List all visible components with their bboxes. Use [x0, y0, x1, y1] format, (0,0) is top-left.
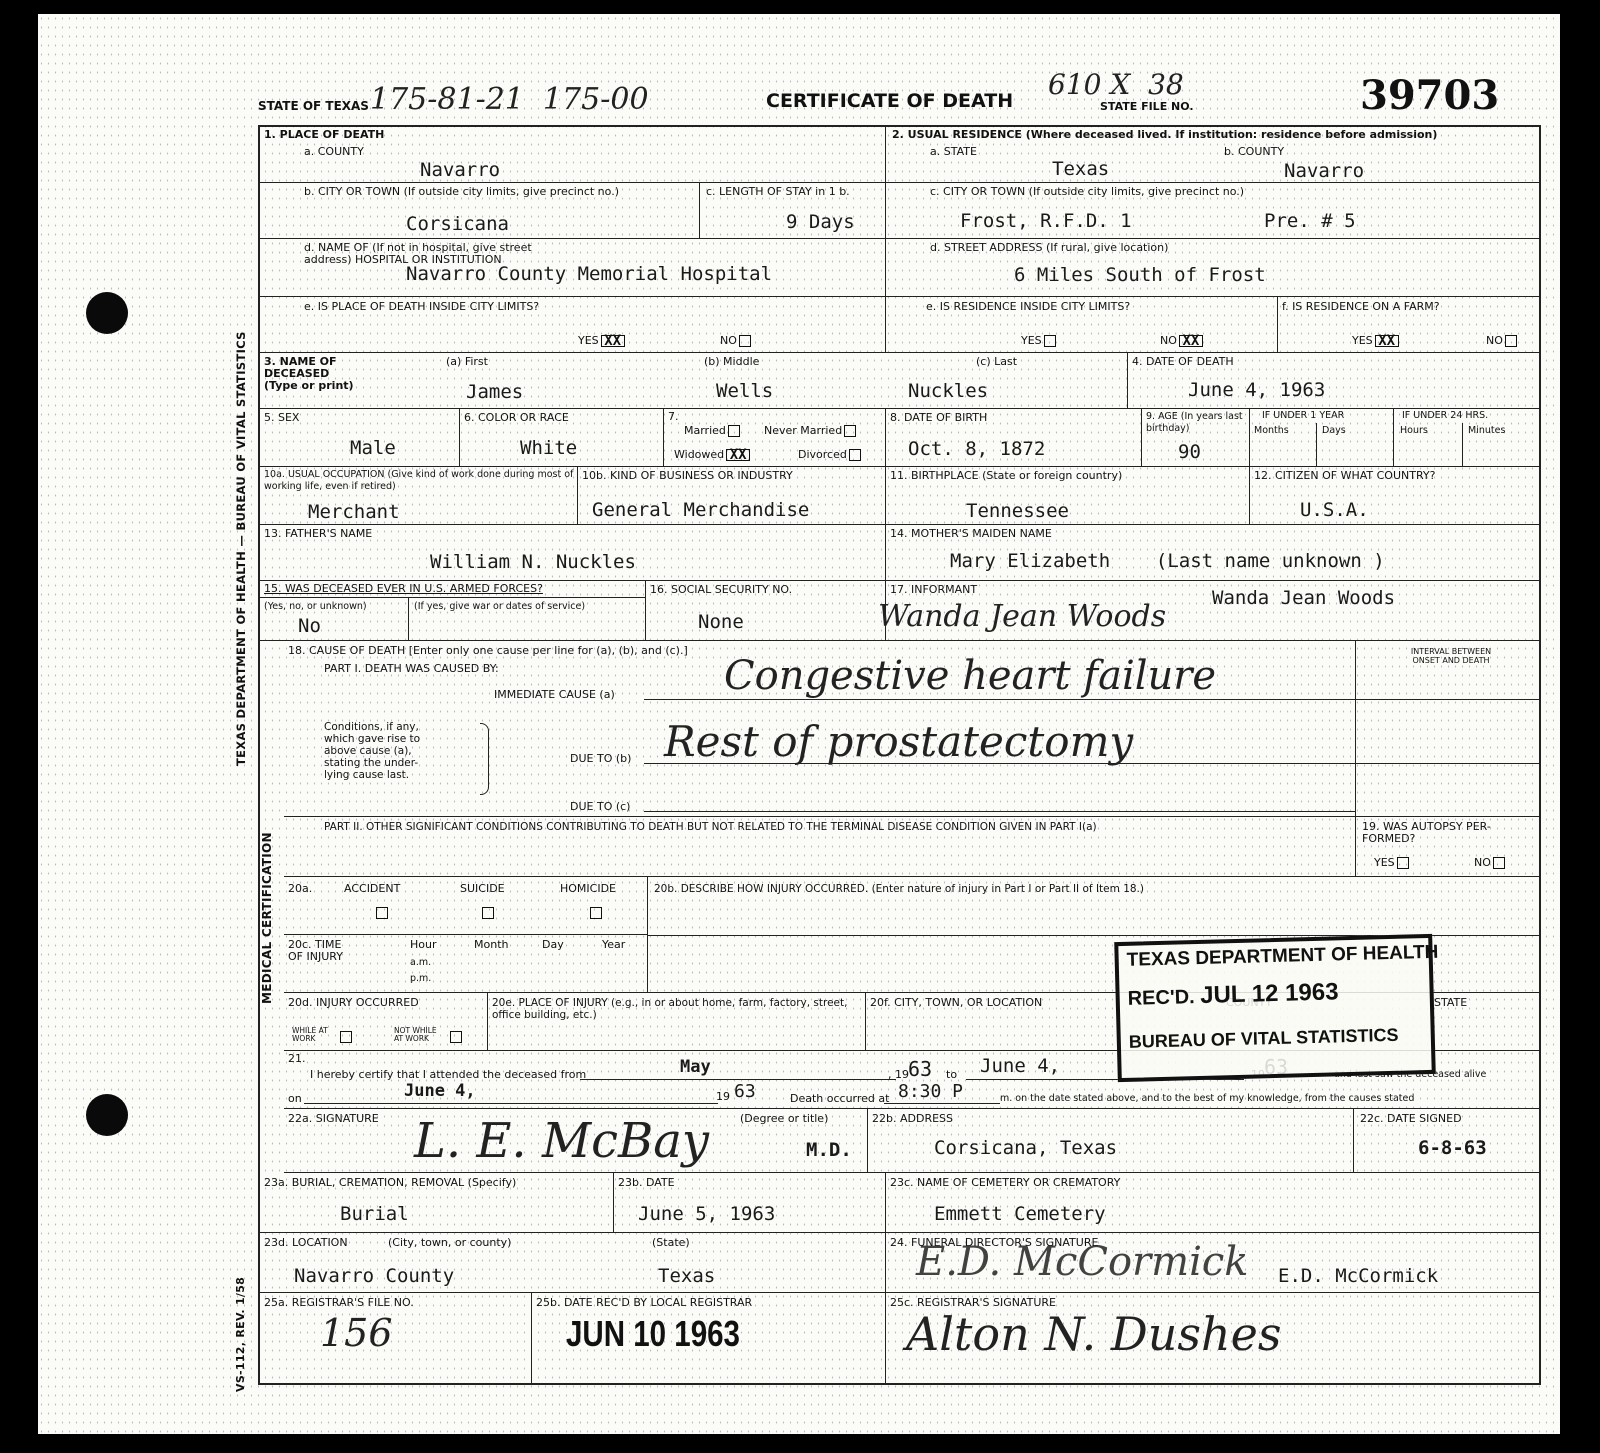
death-certificate-form: 1. PLACE OF DEATH a. COUNTY Navarro 2. U…	[258, 125, 1541, 1385]
place-city-value: Corsicana	[406, 213, 509, 235]
homicide-checkbox[interactable]	[590, 907, 602, 919]
state-file-number: 39703	[1360, 72, 1499, 119]
residence-state-value: Texas	[1052, 158, 1109, 180]
age-cell: 9. AGE (In years last birthday) 90	[1142, 409, 1250, 467]
sex-value: Male	[350, 437, 396, 459]
birthplace-value: Tennessee	[966, 500, 1069, 522]
mother-name-cell: 14. MOTHER'S MAIDEN NAME Mary Elizabeth …	[886, 525, 1541, 581]
autopsy-no-checkbox[interactable]	[1493, 857, 1505, 869]
citizenship-value: U.S.A.	[1300, 499, 1369, 521]
race-value: White	[520, 437, 577, 459]
middle-name-value: Wells	[716, 380, 773, 402]
under-one-year-cell: IF UNDER 1 YEAR Months Days	[1250, 409, 1394, 467]
ssn-cell: 16. SOCIAL SECURITY NO. None	[646, 581, 886, 641]
divorced-checkbox[interactable]	[849, 449, 861, 461]
while-at-work-checkbox[interactable]	[340, 1031, 352, 1043]
immediate-cause-value: Congestive heart failure	[724, 653, 1216, 699]
residence-farm-cell: f. IS RESIDENCE ON A FARM? YESXX NO	[1278, 297, 1541, 353]
informant-value: Wanda Jean Woods	[1212, 587, 1395, 609]
attended-to-value: June 4,	[980, 1055, 1060, 1077]
cemetery-value: Emmett Cemetery	[934, 1203, 1106, 1225]
never-married-checkbox[interactable]	[844, 425, 856, 437]
state-file-label: STATE FILE NO.	[1100, 100, 1194, 113]
last-name-value: Nuckles	[908, 380, 988, 402]
registrar-date-cell: 25b. DATE REC'D BY LOCAL REGISTRAR JUN 1…	[532, 1293, 886, 1383]
father-name-cell: 13. FATHER'S NAME William N. Nuckles	[260, 525, 886, 581]
mother-name-value: Mary Elizabeth (Last name unknown )	[950, 550, 1385, 572]
place-inside-limits-cell: e. IS PLACE OF DEATH INSIDE CITY LIMITS?…	[260, 297, 886, 353]
place-inside-no-checkbox[interactable]	[739, 335, 751, 347]
residence-inside-no-checkbox[interactable]: XX	[1179, 335, 1203, 347]
residence-street-cell: d. STREET ADDRESS (If rural, give locati…	[886, 239, 1541, 297]
burial-date-value: June 5, 1963	[638, 1203, 775, 1225]
residence-street-value: 6 Miles South of Frost	[1014, 264, 1266, 286]
last-seen-date-value: June 4,	[404, 1081, 476, 1101]
residence-precinct-value: Pre. # 5	[1264, 210, 1356, 232]
place-inside-yes-checkbox[interactable]: XX	[601, 335, 625, 347]
hospital-value: Navarro County Memorial Hospital	[406, 263, 772, 285]
residence-county-value: Navarro	[1284, 160, 1364, 182]
place-city-cell: b. CITY OR TOWN (If outside city limits,…	[260, 183, 700, 239]
registrar-file-cell: 25a. REGISTRAR'S FILE NO. 156	[260, 1293, 532, 1383]
length-of-stay-value: 9 Days	[786, 211, 855, 233]
date-of-death-value: June 4, 1963	[1188, 379, 1325, 401]
father-name-value: William N. Nuckles	[430, 551, 636, 573]
injury-type-cell: 20a. ACCIDENT SUICIDE HOMICIDE	[284, 877, 648, 935]
cemetery-cell: 23c. NAME OF CEMETERY OR CREMATORY Emmet…	[886, 1173, 1541, 1233]
form-number-label: VS-112, REV. 1/58	[234, 1277, 247, 1392]
farm-yes-checkbox[interactable]: XX	[1375, 335, 1399, 347]
place-county-value: Navarro	[420, 159, 500, 181]
autopsy-cell: 19. WAS AUTOPSY PER-FORMED? YES NO	[1356, 817, 1541, 877]
attended-from-value: May	[680, 1057, 711, 1077]
registrar-file-value: 156	[320, 1311, 393, 1355]
marital-status-cell: 7. Married Never Married WidowedXX Divor…	[664, 409, 886, 467]
ssn-value: None	[698, 611, 744, 633]
last-seen-year: 63	[734, 1081, 756, 1102]
physician-signature: L. E. McBay	[414, 1113, 709, 1169]
place-of-injury-cell: 20e. PLACE OF INJURY (e.g., in or about …	[488, 993, 866, 1051]
residence-city-value: Frost, R.F.D. 1	[960, 210, 1132, 232]
residence-state-cell: 2. USUAL RESIDENCE (Where deceased lived…	[886, 127, 1541, 183]
under-24-hours-cell: IF UNDER 24 HRS. Hours Minutes	[1394, 409, 1541, 467]
residence-inside-yes-checkbox[interactable]	[1044, 335, 1056, 347]
residence-city-cell: c. CITY OR TOWN (If outside city limits,…	[886, 183, 1541, 239]
burial-method-value: Burial	[340, 1203, 409, 1225]
funeral-director-cell: 24. FUNERAL DIRECTOR'S SIGNATURE E.D. Mc…	[886, 1233, 1541, 1293]
burial-location-cell: 23d. LOCATION (City, town, or county) (S…	[260, 1233, 886, 1293]
informant-signature: Wanda Jean Woods	[878, 599, 1166, 634]
widowed-checkbox[interactable]: XX	[726, 449, 750, 461]
certificate-title: CERTIFICATE OF DEATH	[766, 90, 1013, 112]
date-of-birth-value: Oct. 8, 1872	[908, 438, 1045, 460]
birthplace-cell: 11. BIRTHPLACE (State or foreign country…	[886, 467, 1250, 525]
date-signed-cell: 22c. DATE SIGNED 6-8-63	[1354, 1109, 1541, 1173]
injury-occurred-cell: 20d. INJURY OCCURRED WHILE AT WORK NOT W…	[284, 993, 488, 1051]
suicide-checkbox[interactable]	[482, 907, 494, 919]
first-name-value: James	[466, 381, 523, 403]
registrar-signature-cell: 25c. REGISTRAR'S SIGNATURE Alton N. Dush…	[886, 1293, 1541, 1383]
deceased-name-cell: 3. NAME OF DECEASED (Type or print) (a) …	[260, 353, 1128, 409]
degree-value: M.D.	[806, 1139, 852, 1161]
physician-address-value: Corsicana, Texas	[934, 1137, 1117, 1159]
age-value: 90	[1178, 441, 1201, 463]
occupation-value: Merchant	[308, 501, 400, 523]
burial-state-value: Texas	[658, 1265, 715, 1287]
industry-value: General Merchandise	[592, 499, 809, 521]
hospital-cell: d. NAME OF (If not in hospital, give str…	[260, 239, 886, 297]
armed-forces-value: No	[298, 615, 321, 637]
interval-cell: INTERVAL BETWEEN ONSET AND DEATH	[1356, 641, 1541, 817]
accident-checkbox[interactable]	[376, 907, 388, 919]
date-of-birth-cell: 8. DATE OF BIRTH Oct. 8, 1872	[886, 409, 1142, 467]
occupation-cell: 10a. USUAL OCCUPATION (Give kind of work…	[260, 467, 578, 525]
handwritten-codes: 175-81-21 175-00	[370, 82, 649, 117]
cause-of-death-section: 18. CAUSE OF DEATH [Enter only one cause…	[284, 641, 1356, 817]
date-signed-value: 6-8-63	[1418, 1137, 1487, 1159]
physician-address-cell: 22b. ADDRESS Corsicana, Texas	[868, 1109, 1354, 1173]
industry-cell: 10b. KIND OF BUSINESS OR INDUSTRY Genera…	[578, 467, 886, 525]
attended-from-year: 63	[908, 1057, 932, 1081]
place-county-cell: 1. PLACE OF DEATH a. COUNTY Navarro	[260, 127, 886, 183]
married-checkbox[interactable]	[728, 425, 740, 437]
length-of-stay-cell: c. LENGTH OF STAY in 1 b. 9 Days	[700, 183, 886, 239]
race-cell: 6. COLOR OR RACE White	[460, 409, 664, 467]
handwritten-ref: 610 X 38	[1048, 68, 1184, 101]
death-time-value: 8:30 P	[898, 1081, 963, 1102]
registrar-signature: Alton N. Dushes	[906, 1307, 1281, 1361]
sex-cell: 5. SEX Male	[260, 409, 460, 467]
received-stamp: TEXAS DEPARTMENT OF HEALTH REC'D. JUL 12…	[1114, 934, 1436, 1082]
burial-method-cell: 23a. BURIAL, CREMATION, REMOVAL (Specify…	[260, 1173, 614, 1233]
farm-no-checkbox[interactable]	[1505, 335, 1517, 347]
agency-vertical-label: TEXAS DEPARTMENT OF HEALTH — BUREAU OF V…	[234, 331, 248, 766]
stamp-date: JUL 12 1963	[1200, 978, 1339, 1009]
not-at-work-checkbox[interactable]	[450, 1031, 462, 1043]
registrar-date-value: JUN 10 1963	[566, 1313, 740, 1355]
armed-forces-cell: 15. WAS DECEASED EVER IN U.S. ARMED FORC…	[260, 581, 646, 641]
funeral-director-signature: E.D. McCormick	[916, 1239, 1249, 1285]
burial-location-value: Navarro County	[294, 1265, 454, 1287]
state-label: STATE OF TEXAS	[258, 99, 369, 113]
autopsy-yes-checkbox[interactable]	[1397, 857, 1409, 869]
citizenship-cell: 12. CITIZEN OF WHAT COUNTRY? U.S.A.	[1250, 467, 1541, 525]
date-of-death-cell: 4. DATE OF DEATH June 4, 1963	[1128, 353, 1541, 409]
part-two-cell: PART II. OTHER SIGNIFICANT CONDITIONS CO…	[284, 817, 1356, 877]
punch-hole-top	[86, 292, 128, 334]
informant-cell: 17. INFORMANT Wanda Jean Woods Wanda Jea…	[886, 581, 1541, 641]
burial-date-cell: 23b. DATE June 5, 1963	[614, 1173, 886, 1233]
punch-hole-bottom	[86, 1094, 128, 1136]
physician-signature-cell: 22a. SIGNATURE L. E. McBay (Degree or ti…	[284, 1109, 868, 1173]
funeral-director-name: E.D. McCormick	[1278, 1265, 1438, 1287]
due-to-b-value: Rest of prostatectomy	[664, 717, 1133, 766]
residence-inside-limits-cell: e. IS RESIDENCE INSIDE CITY LIMITS? YES …	[886, 297, 1278, 353]
injury-time-cell: 20c. TIME OF INJURY Hour a.m. p.m. Month…	[284, 935, 648, 993]
